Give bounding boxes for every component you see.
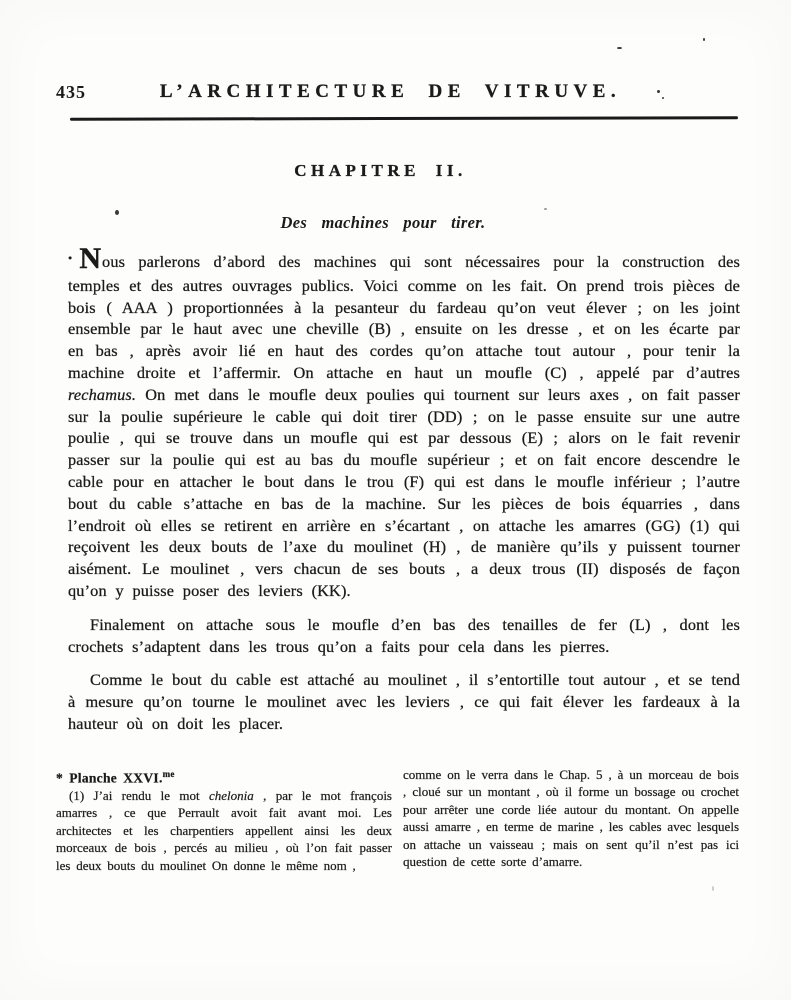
- scan-speck: [544, 208, 547, 210]
- chapter-subtitle: Des machines pour tirer.: [0, 213, 766, 233]
- planche-reference: * Planche XXVI.me: [56, 766, 392, 787]
- paragraph-1-text-b: On met dans le moufle deux poulies qui t…: [68, 385, 740, 600]
- footnote-1-italic-term: chelonia: [209, 788, 254, 803]
- header-rule: [70, 116, 738, 120]
- footnote-column-right: comme on le verra dans le Chap. 5 , à un…: [403, 766, 739, 874]
- dropcap-initial: N: [79, 242, 102, 275]
- paragraph-1: •Nous parlerons d’abord des machines qui…: [68, 251, 740, 602]
- paragraph-2: Finalement on attache sous le moufle d’e…: [68, 614, 740, 658]
- scan-speck: [712, 886, 714, 891]
- scan-speck: [703, 38, 705, 41]
- scan-speck: [657, 90, 660, 93]
- body-text: •Nous parlerons d’abord des machines qui…: [68, 251, 740, 735]
- footnote-1-text-a: (1) J’ai rendu le mot: [69, 788, 209, 803]
- scan-speck: [617, 47, 622, 49]
- scan-speck: [115, 210, 119, 215]
- footnotes: * Planche XXVI.me (1) J’ai rendu le mot …: [56, 766, 740, 874]
- running-head-title: L’ARCHITECTURE DE VITRUVE.: [90, 81, 691, 103]
- footnote-1-left: (1) J’ai rendu le mot chelonia , par le …: [56, 787, 392, 874]
- paragraph-1-italic-term: rechamus.: [68, 385, 136, 404]
- planche-superscript: me: [163, 769, 175, 779]
- paragraph-marker-dot: •: [68, 248, 72, 270]
- book-page: 435 L’ARCHITECTURE DE VITRUVE. CHAPITRE …: [0, 0, 791, 1000]
- chapter-heading: CHAPITRE II.: [0, 161, 761, 181]
- page-number: 435: [56, 82, 86, 103]
- planche-label: * Planche XXVI.: [56, 771, 163, 786]
- footnote-column-left: * Planche XXVI.me (1) J’ai rendu le mot …: [56, 766, 392, 874]
- paragraph-3: Comme le bout du cable est attaché au mo…: [68, 669, 740, 734]
- scan-speck: [662, 97, 664, 99]
- footnote-1-right: comme on le verra dans le Chap. 5 , à un…: [403, 766, 739, 870]
- paragraph-1-text-a: ous parlerons d’abord des machines qui s…: [68, 252, 740, 382]
